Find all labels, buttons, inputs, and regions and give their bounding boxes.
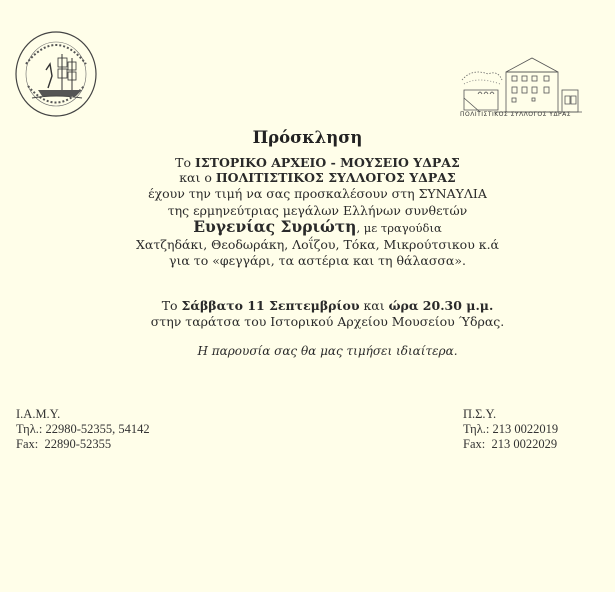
- club-phone: Τηλ.: 213 0022019: [463, 422, 558, 437]
- host-line-museum: Το ΙΣΤΟΡΙΚΟ ΑΡΧΕΙΟ - ΜΟΥΣΕΙΟ ΥΔΡΑΣ: [10, 155, 615, 170]
- songs-intro: , με τραγούδια: [356, 221, 441, 235]
- museum-abbrev: Ι.Α.Μ.Υ.: [16, 407, 150, 422]
- performer-description: της ερμηνεύτριας μεγάλων Ελλήνων συνθετώ…: [10, 203, 615, 218]
- invitation-title: Πρόσκληση: [0, 128, 615, 147]
- museum-name: ΙΣΤΟΡΙΚΟ ΑΡΧΕΙΟ - ΜΟΥΣΕΙΟ ΥΔΡΑΣ: [195, 155, 460, 170]
- club-fax: Fax: 213 0022029: [463, 437, 558, 452]
- date-connector: και: [360, 298, 389, 313]
- composers-list: Χατζηδάκι, Θεοδωράκη, Λοΐζου, Τόκα, Μικρ…: [10, 237, 615, 252]
- singer-name: Ευγενίας Συριώτη: [193, 217, 356, 236]
- club-logo-caption: ΠΟΛΙΤΙΣΤΙΚΟΣ ΣΥΛΛΟΓΟΣ ΥΔΡΑΣ: [460, 111, 600, 118]
- concert-theme: για το «φεγγάρι, τα αστέρια και τη θάλασ…: [10, 253, 615, 268]
- invitation-page: ΠΟΛΙΤΙΣΤΙΚΟΣ ΣΥΛΛΟΓΟΣ ΥΔΡΑΣ Πρόσκληση Το…: [0, 0, 615, 592]
- event-datetime: Το Σάββατο 11 Σεπτεμβρίου και ώρα 20.30 …: [20, 298, 615, 313]
- invitation-text: έχουν την τιμή να σας προσκαλέσουν στη Σ…: [10, 186, 615, 201]
- date-prefix: Το: [162, 298, 182, 313]
- club-abbrev: Π.Σ.Υ.: [463, 407, 558, 422]
- museum-phone: Τηλ.: 22980-52355, 54142: [16, 422, 150, 437]
- museum-contact: Ι.Α.Μ.Υ. Τηλ.: 22980-52355, 54142 Fax: 2…: [16, 407, 150, 452]
- performer-line: Ευγενίας Συριώτη, με τραγούδια: [10, 219, 615, 236]
- club-name: ΠΟΛΙΤΙΣΤΙΚΟΣ ΣΥΛΛΟΓΟΣ ΥΔΡΑΣ: [216, 170, 456, 185]
- host-prefix: και ο: [179, 170, 216, 185]
- club-contact: Π.Σ.Υ. Τηλ.: 213 0022019 Fax: 213 002202…: [463, 407, 558, 452]
- museum-seal-ship-icon: [12, 24, 100, 120]
- event-time: ώρα 20.30 μ.μ.: [389, 298, 494, 313]
- host-prefix: Το: [175, 155, 195, 170]
- closing-line: Η παρουσία σας θα μας τιμήσει ιδιαίτερα.: [20, 344, 615, 359]
- museum-fax: Fax: 22890-52355: [16, 437, 150, 452]
- event-venue: στην ταράτσα του Ιστορικού Αρχείου Μουσε…: [20, 314, 615, 329]
- host-line-club: και ο ΠΟΛΙΤΙΣΤΙΚΟΣ ΣΥΛΛΟΓΟΣ ΥΔΡΑΣ: [10, 170, 615, 185]
- event-date: Σάββατο 11 Σεπτεμβρίου: [182, 298, 360, 313]
